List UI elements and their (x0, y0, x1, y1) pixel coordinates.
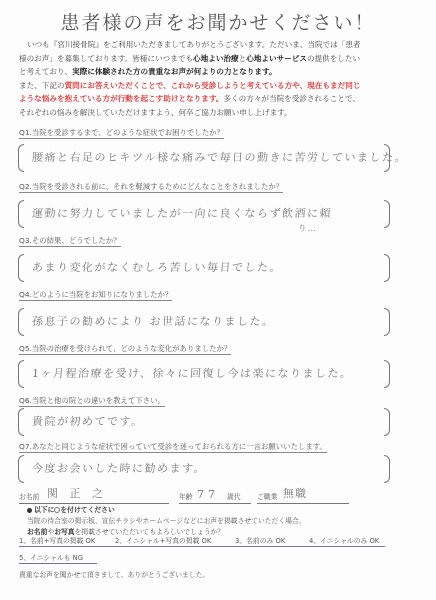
age-field: 年齢 77 歳代 (179, 486, 251, 504)
left-bracket (18, 200, 24, 228)
intro-line-3: と考えており、実際に体験された方の貴重なお声が何よりの力となります。 (19, 65, 399, 79)
answer-1-text: 腰痛と右足のヒキツル様な痛みで毎日の動きに苦労していました。 (31, 149, 407, 165)
answer-3-text: あまり変化がなくむしろ苦しい毎日でした。 (31, 259, 282, 275)
intro-line-6: それぞれの悩みを解決していただけますよう、何卒ご協力お願い申し上げます。 (19, 106, 399, 120)
intro-line-1: いつも『宮川接骨院』をご利用いただきましてありがとうございます。ただいま、当院で… (19, 38, 399, 52)
right-bracket (384, 360, 390, 388)
answer-7-text: 今度お会いした時に勧めます。 (31, 460, 206, 476)
name-label: お名前 (19, 491, 39, 501)
question-4-label: Q4.どのように当院をお知りになりましたか？ (19, 290, 172, 301)
right-bracket (384, 200, 390, 228)
consent-heading-text: を付けてください (60, 506, 114, 514)
intro-text: 様のお声」を募集しております。皆様にいつまでも (19, 54, 193, 63)
intro-paragraph: いつも『宮川接骨院』をご利用いただきましてありがとうございます。ただいま、当院で… (19, 38, 399, 119)
occupation-label: ご職業 (257, 491, 277, 501)
occupation-field: ご職業 無職 (257, 486, 349, 504)
question-3-label: Q3.その結果、どうでしたか？ (19, 236, 121, 247)
consent-option-5[interactable]: 5、イニシャルも NG (19, 552, 83, 562)
name-value: 関 正 之 (47, 485, 107, 501)
answer-5-box: 1ヶ月程治療を受け、徐々に回復し今は楽になりました。 (18, 360, 390, 390)
consent-options-row-2: 5、イニシャルも NG (19, 552, 97, 564)
answer-2-box: 運動に努力していましたが一向に良くならず飲酒に頼 り… (18, 200, 390, 230)
age-suffix: 歳代 (227, 491, 241, 501)
consent-heading: 以下にを付けてください (19, 505, 419, 516)
intro-emphasis: 心地よい治療 (193, 54, 239, 63)
question-1-label: Q1.当院を受診するまで、どのような症状でお困りでしたか？ (19, 128, 224, 139)
right-bracket (384, 254, 390, 282)
left-bracket (18, 308, 24, 336)
answer-3-box: あまり変化がなくむしろ苦しい毎日でした。 (18, 254, 390, 284)
intro-text: 多くの方々が当院を受診されることで、 (223, 94, 360, 103)
intro-emphasis: 実際に体験された方の貴重なお声が何よりの力となります。 (72, 67, 276, 76)
answer-4-text: 孫息子の勧めにより お世話になりました。 (31, 313, 275, 329)
consent-option-2[interactable]: 2、イニシャル+写真の掲載 OK (115, 535, 211, 545)
answer-6-text: 貴院が初めてです。 (31, 413, 144, 429)
consent-section: 以下にを付けてください 当院の待合室の掲示板、宣伝チラシやホームページなどにお声… (19, 505, 419, 538)
intro-text: と考えており、 (19, 67, 72, 76)
question-6-label: Q6.当院と他の院との違いを教えて下さい。 (19, 396, 165, 407)
intro-text: の提供をしたい (307, 54, 360, 63)
answer-2-continuation: り… (298, 222, 317, 234)
occupation-value: 無職 (283, 485, 307, 501)
respondent-info-row: お名前 関 正 之 年齢 77 歳代 ご職業 無職 (19, 484, 349, 504)
answer-7-box: 今度お会いした時に勧めます。 (18, 455, 390, 485)
age-value: 77 (197, 488, 219, 501)
right-bracket (384, 455, 390, 483)
right-bracket (384, 308, 390, 336)
consent-body-1: 当院の待合室の掲示板、宣伝チラシやホームページなどにお声を掲載させていただく場合… (19, 516, 419, 527)
consent-options-row-1: 1、名前+写真の掲載 OK 2、イニシャル+写真の掲載 OK 3、名前のみ OK… (19, 535, 385, 547)
right-bracket (384, 408, 390, 436)
left-bracket (18, 254, 24, 282)
age-label: 年齢 (179, 491, 193, 501)
left-bracket (18, 360, 24, 388)
answer-1-box: 腰痛と右足のヒキツル様な痛みで毎日の動きに苦労していました。 (18, 144, 390, 174)
intro-line-4: また、下記の質問にお答えいただくことで、これから受診しようと考えている方や、現在… (19, 79, 399, 93)
answer-4-box: 孫息子の勧めにより お世話になりました。 (18, 308, 390, 338)
left-bracket (18, 455, 24, 483)
intro-text: また、下記の (19, 81, 65, 90)
intro-line-2: 様のお声」を募集しております。皆様にいつまでも心地よい治療と心地よいサービスの提… (19, 52, 399, 66)
question-2-label: Q2.当院を受診される前に、それを軽減するためにどんなことをされましたか？ (19, 182, 283, 193)
left-bracket (18, 408, 24, 436)
consent-option-1[interactable]: 1、名前+写真の掲載 OK (19, 535, 95, 545)
intro-line-5: ような悩みを抱えている方が行動を起こす助けとなります。多くの方々が当院を受診され… (19, 92, 399, 106)
question-5-label: Q5.当院の治療を受けられて、どのような変化がありましたか？ (19, 344, 231, 355)
answer-2-text: 運動に努力していましたが一向に良くならず飲酒に頼 (31, 205, 332, 221)
name-field: お名前 関 正 之 (19, 486, 169, 504)
answer-6-box: 貴院が初めてです。 (18, 408, 390, 438)
thank-you-message: 貴重なお声を聞かせて頂きまして、ありがとうございました。 (19, 569, 209, 579)
intro-red-emphasis: ような悩みを抱えている方が行動を起こす助けとなります。 (19, 94, 223, 103)
left-bracket (18, 144, 24, 172)
consent-heading-text: 以下に (34, 506, 54, 514)
consent-option-4[interactable]: 4、イニシャルのみ OK (309, 535, 379, 545)
intro-emphasis: 心地よいサービス (246, 54, 307, 63)
form-title: 患者様の声をお聞かせください！ (0, 8, 436, 35)
testimonial-form-page: 患者様の声をお聞かせください！ いつも『宮川接骨院』をご利用いただきましてありが… (0, 0, 436, 600)
intro-red-emphasis: 質問にお答えいただくことで、これから受診しようと考えている方や、現在もまだ同じ (65, 81, 361, 90)
question-7-label: Q7.あなたと同じような症状で困っていて受診を迷っておられる方に一言お願いいたし… (19, 442, 327, 453)
consent-option-3[interactable]: 3、名前のみ OK (235, 535, 285, 545)
bullet-icon (27, 508, 32, 513)
right-bracket (384, 144, 390, 172)
answer-5-text: 1ヶ月程治療を受け、徐々に回復し今は楽になりました。 (31, 365, 353, 381)
